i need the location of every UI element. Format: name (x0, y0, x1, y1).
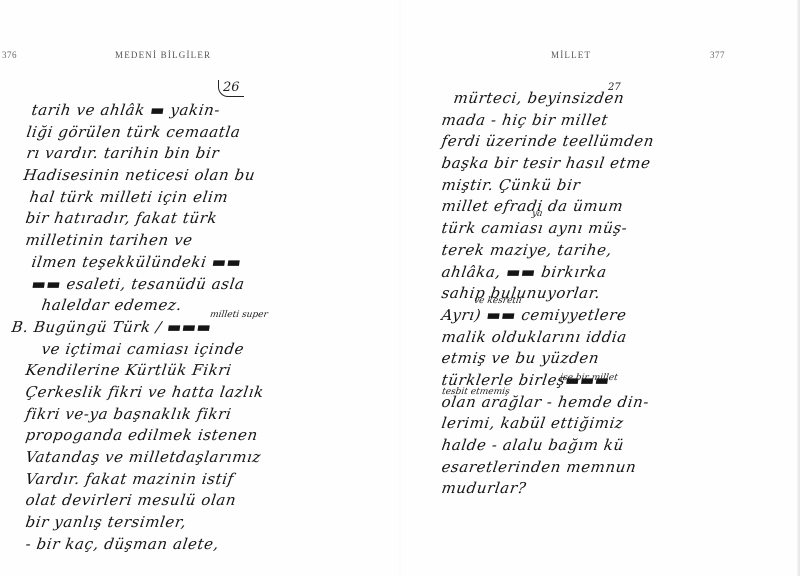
manuscript-line: terek maziye, tarihe, (440, 240, 703, 262)
manuscript-line: ilmen teşekkülündeki ▬▬ (10, 252, 303, 274)
manuscript-line: miştir. Çünkü bir (440, 175, 703, 197)
running-head-left: MEDENİ BİLGİLER (115, 50, 211, 60)
manuscript-line: ▬▬ esaleti, tesanüdü asla (10, 274, 303, 296)
manuscript-line: Kendilerine Kürtlük Fikri (10, 360, 303, 382)
handwritten-folio-mark-left: 26 (218, 80, 244, 97)
manuscript-line: bir yanlış tersimler, (10, 512, 303, 534)
manuscript-line: millet efradi da ümum (440, 196, 703, 218)
manuscript-line: Çerkeslik fikri ve hatta lazlık (10, 382, 303, 404)
manuscript-line: lerimi, kabül ettiğimiz (440, 413, 703, 435)
manuscript-line: fikri ve-ya başnaklık fikri (10, 404, 303, 426)
interlinear-insertion: ve kesretli (473, 296, 522, 306)
left-page: 376 MEDENİ BİLGİLER 26 tarih ve ahlâk ▬ … (0, 0, 400, 576)
right-page: MİLLET 377 27 mürteci, beyinsizden mada … (400, 0, 800, 576)
manuscript-line: mürteci, beyinsizden (440, 88, 703, 110)
manuscript-line: ve içtimai camiası içinde (10, 339, 303, 361)
manuscript-line: mudurlar? (440, 478, 703, 500)
interlinear-insertion: tesbit etmemiş (441, 387, 510, 397)
manuscript-line: halde - alalu bağım kü (440, 435, 703, 457)
manuscript-line: milletinin tarihen ve (10, 230, 303, 252)
running-head-right: MİLLET (551, 50, 591, 60)
manuscript-line: etmiş ve bu yüzden (440, 348, 703, 370)
manuscript-line: tarih ve ahlâk ▬ yakin- (10, 100, 303, 122)
manuscript-line: bir hatıradır, fakat türk (10, 208, 303, 230)
manuscript-line: rı vardır. tarihin bin bir (10, 143, 303, 165)
manuscript-line: olat devirleri mesulü olan (10, 490, 303, 512)
handwritten-text-right: mürteci, beyinsizden mada - hiç bir mill… (440, 88, 700, 500)
manuscript-line: türk camiası aynı müş- (440, 218, 703, 240)
manuscript-line-section-b: B. Bugüngü Türk / ▬▬▬ (10, 317, 303, 339)
manuscript-line: liği görülen türk cemaatla (10, 122, 303, 144)
page-number-right: 377 (710, 50, 725, 60)
manuscript-line: hal türk milleti için elim (10, 187, 303, 209)
manuscript-line: Ayrı) ▬▬ cemiyyetlere (440, 305, 703, 327)
manuscript-line: ferdi üzerinde teellümden (440, 131, 703, 153)
interlinear-insertion: milleti super (209, 310, 268, 320)
interlinear-insertion: ise bir millet (559, 373, 618, 383)
page-number-left: 376 (2, 50, 17, 60)
manuscript-line: malik olduklarını iddia (440, 327, 703, 349)
interlinear-insertion: ya (531, 209, 543, 219)
manuscript-line: esaretlerinden memnun (440, 457, 703, 479)
manuscript-line: ahlâka, ▬▬ birkırka (440, 262, 703, 284)
manuscript-line: Hadisesinin neticesi olan bu (10, 165, 303, 187)
book-spread: 376 MEDENİ BİLGİLER 26 tarih ve ahlâk ▬ … (0, 0, 800, 576)
handwritten-text-left: tarih ve ahlâk ▬ yakin- liği görülen tür… (10, 100, 300, 555)
manuscript-line: - bir kaç, düşman alete, (10, 534, 303, 556)
manuscript-line: başka bir tesir hasıl etme (440, 153, 703, 175)
manuscript-line: propoganda edilmek istenen (10, 425, 303, 447)
manuscript-line: Vatandaş ve milletdaşlarımız (10, 447, 303, 469)
manuscript-line: mada - hiç bir millet (440, 110, 703, 132)
manuscript-line: Vardır. fakat mazinin istif (10, 469, 303, 491)
